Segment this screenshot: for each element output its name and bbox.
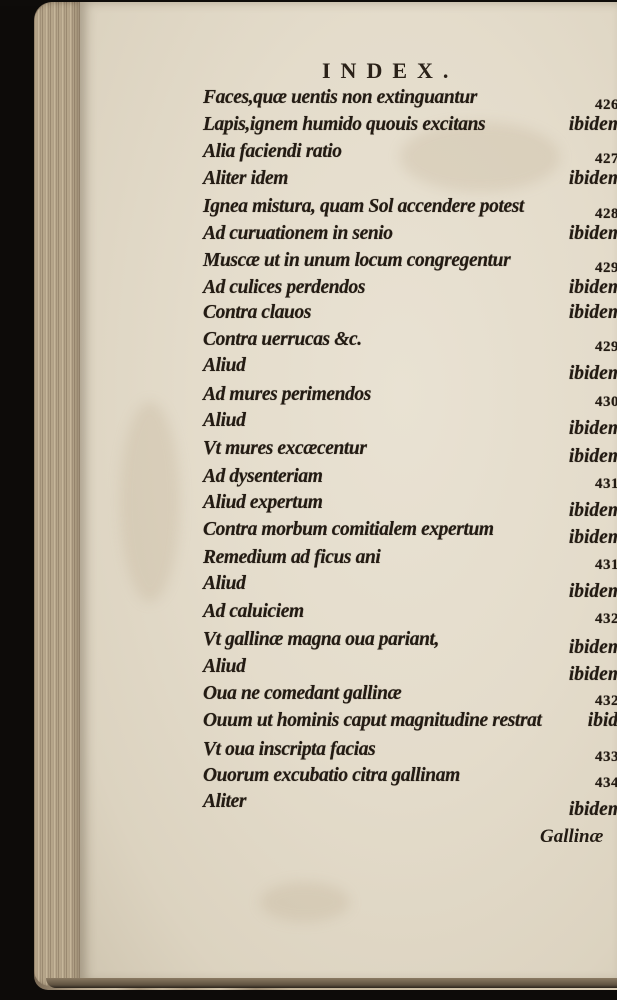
index-entry: Ad dysenteriam431 — [203, 466, 617, 493]
entry-page-ref: ibidem — [569, 581, 617, 603]
index-entry: Lapis,ignem humido quouis excitansibidem — [203, 114, 617, 141]
entry-page-ref: 434 — [595, 775, 617, 792]
entry-page-ref: 430 — [595, 394, 617, 411]
entry-title: Alia faciendi ratio — [203, 141, 342, 163]
entry-title: Ouorum excubatio citra gallinam — [203, 765, 460, 787]
index-entry: Vt mures excæcenturibidem — [203, 438, 617, 465]
index-page-content: INDEX. Faces,quæ uentis non extinguantur… — [0, 0, 617, 1000]
entry-title: Vt mures excæcentur — [203, 438, 367, 460]
index-entry: Aliudibidem — [203, 573, 617, 600]
index-entry: Contra morbum comitialem expertumibidem — [203, 519, 617, 546]
entry-page-ref: 432 — [595, 693, 617, 710]
entry-page-ref: ibidem — [569, 363, 617, 385]
index-entry: Oua ne comedant gallinæ432 — [203, 683, 617, 710]
entry-title: Vt gallinæ magna oua pariant, — [203, 629, 439, 651]
entry-title: Ad culices perdendos — [203, 277, 365, 299]
entry-page-ref: ibidem — [569, 114, 617, 136]
entry-page-ref: ibidem — [569, 418, 617, 440]
index-entry: Ouum ut hominis caput magnitudine restra… — [203, 710, 617, 737]
page-header: INDEX. — [322, 58, 458, 84]
entry-page-ref: 433 — [595, 749, 617, 766]
entry-title: Ad caluiciem — [203, 601, 304, 623]
entry-page-ref: 428 — [595, 206, 617, 223]
entry-title: Lapis,ignem humido quouis excitans — [203, 114, 485, 136]
index-entry: Ouorum excubatio citra gallinam434 — [203, 765, 617, 792]
entry-title: Aliud — [203, 410, 245, 432]
index-entry: Aliud expertumibidem — [203, 492, 617, 519]
entry-title: Ignea mistura, quam Sol accendere potest — [203, 196, 524, 218]
entry-page-ref: 431 — [595, 476, 617, 493]
entry-page-ref: 431 — [595, 557, 617, 574]
index-entry: Alia faciendi ratio427 — [203, 141, 617, 168]
entry-title: Oua ne comedant gallinæ — [203, 683, 401, 705]
index-entry: Vt oua inscripta facias433 — [203, 739, 617, 766]
index-entry: Aliudibidem — [203, 355, 617, 382]
index-entry: Muscæ ut in unum locum congregentur429 — [203, 250, 617, 277]
entry-title: Ouum ut hominis caput magnitudine restra… — [203, 710, 542, 732]
index-entry: Aliudibidem — [203, 410, 617, 437]
entry-title: Aliud expertum — [203, 492, 323, 514]
index-entry: Remedium ad ficus ani431 — [203, 547, 617, 574]
entry-title: Faces,quæ uentis non extinguantur — [203, 87, 477, 109]
entry-page-ref: ibidem — [569, 446, 617, 468]
entry-title: Aliud — [203, 355, 245, 377]
entry-page-ref: ibid. — [588, 710, 617, 732]
index-entry: Ad mures perimendos430 — [203, 384, 617, 411]
entry-page-ref: 432 — [595, 611, 617, 628]
entry-title: Aliter — [203, 791, 246, 813]
entry-title: Muscæ ut in unum locum congregentur — [203, 250, 510, 272]
index-entry: Contra clauosibidem — [203, 302, 617, 329]
entry-title: Ad mures perimendos — [203, 384, 371, 406]
entry-page-ref: ibidem — [569, 527, 617, 549]
index-entry: Ad culices perdendosibidem — [203, 277, 617, 304]
entry-page-ref: 429 — [595, 339, 617, 356]
entry-title: Vt oua inscripta facias — [203, 739, 375, 761]
entry-page-ref: 426 — [595, 97, 617, 114]
entry-page-ref: 429 — [595, 260, 617, 277]
entry-title: Aliter idem — [203, 168, 288, 190]
catchword: Gallinæ — [540, 826, 603, 848]
index-entry: Ad curuationem in senioibidem — [203, 223, 617, 250]
entry-title: Aliud — [203, 573, 245, 595]
entry-page-ref: ibidem — [569, 277, 617, 299]
index-entry: Contra uerrucas &c.429 — [203, 329, 617, 356]
index-entry: Ad caluiciem432 — [203, 601, 617, 628]
entry-title: Remedium ad ficus ani — [203, 547, 380, 569]
entry-page-ref: ibidem — [569, 168, 617, 190]
index-entry: Aliter idemibidem — [203, 168, 617, 195]
index-entry: Faces,quæ uentis non extinguantur426 — [203, 87, 617, 114]
entry-title: Aliud — [203, 656, 245, 678]
entry-page-ref: ibidem — [569, 799, 617, 821]
entry-page-ref: ibidem — [569, 223, 617, 245]
entry-title: Contra uerrucas &c. — [203, 329, 362, 351]
index-entry: Vt gallinæ magna oua pariant,ibidem — [203, 629, 617, 656]
entry-title: Contra morbum comitialem expertum — [203, 519, 494, 541]
index-entry: Aliudibidem — [203, 656, 617, 683]
index-entry: Aliteribidem — [203, 791, 617, 818]
index-entry: Ignea mistura, quam Sol accendere potest… — [203, 196, 617, 223]
entry-page-ref: 427 — [595, 151, 617, 168]
entry-title: Ad dysenteriam — [203, 466, 323, 488]
entry-title: Ad curuationem in senio — [203, 223, 393, 245]
entry-title: Contra clauos — [203, 302, 311, 324]
entry-page-ref: ibidem — [569, 302, 617, 324]
